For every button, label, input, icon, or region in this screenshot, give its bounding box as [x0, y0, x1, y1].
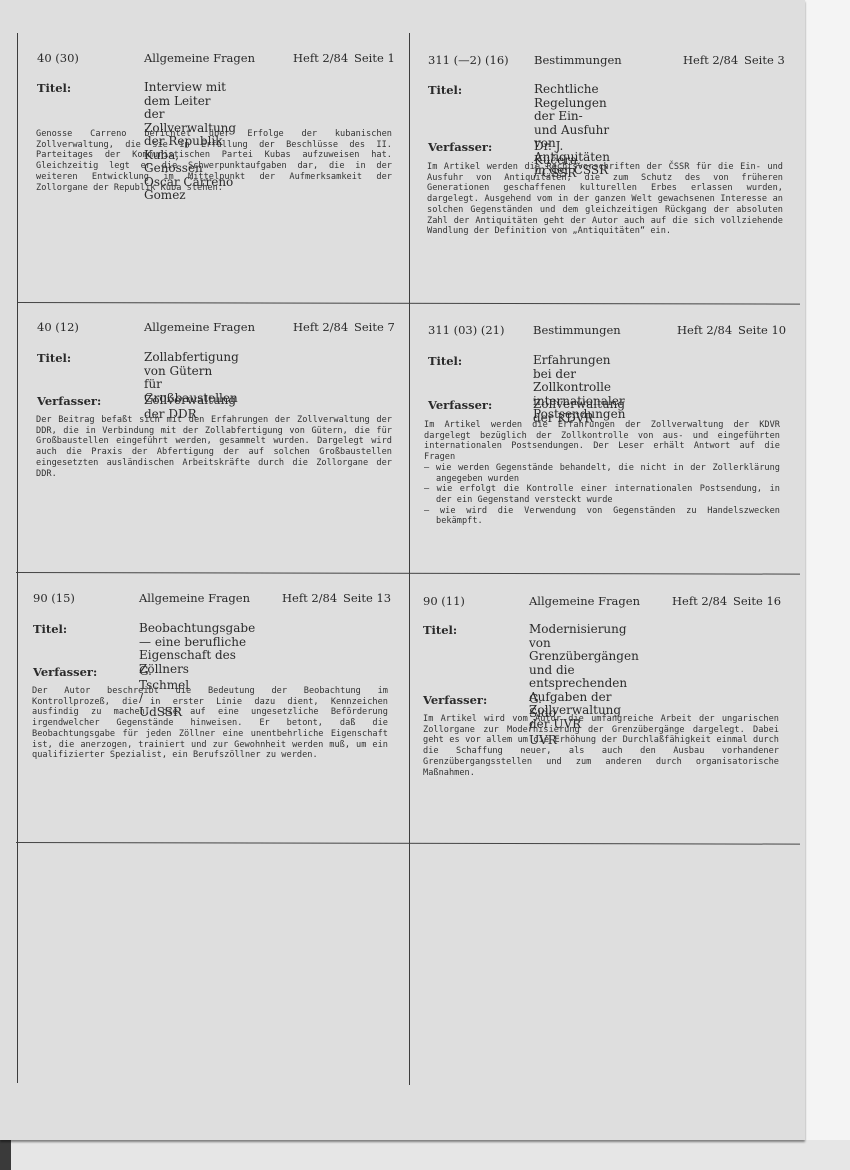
abstract-text: Genosse Carreno berichtet über Erfolge d…	[36, 129, 392, 193]
abstract-text: Im Artikel werden die Erfahrungen der Zo…	[424, 420, 780, 463]
author-label: Verfasser:	[423, 693, 487, 707]
issue-number: Heft 2/84	[683, 53, 738, 67]
row-divider-2	[16, 572, 800, 575]
section-name: Bestimmungen	[534, 53, 622, 67]
section-name: Allgemeine Fragen	[139, 591, 250, 605]
scanner-background	[805, 0, 850, 1170]
abstract-text: Der Autor beschreibt die Bedeutung der B…	[32, 686, 388, 761]
issue-number: Heft 2/84	[282, 591, 337, 605]
document-page: 40 (30) Allgemeine Fragen Heft 2/84 Seit…	[0, 0, 805, 1140]
issue-number: Heft 2/84	[293, 51, 348, 65]
scanner-edge-shadow	[0, 1140, 11, 1170]
classification-code: 90 (15)	[33, 591, 75, 605]
article-abstract: Im Artikel werden die Erfahrungen der Zo…	[424, 420, 780, 527]
abstract-bullet: — wie werden Gegenstände behandelt, die …	[424, 463, 780, 484]
left-border-line	[17, 33, 18, 1083]
article-abstract: Der Beitrag befaßt sich mit den Erfahrun…	[36, 415, 392, 479]
section-name: Allgemeine Fragen	[144, 320, 255, 334]
page-number: Seite 10	[738, 323, 786, 337]
article-abstract: Im Artikel wird vom Autor die umfangreic…	[423, 714, 779, 778]
scanner-background-bottom	[0, 1140, 850, 1170]
author-label: Verfasser:	[428, 140, 492, 154]
issue-number: Heft 2/84	[672, 594, 727, 608]
section-name: Allgemeine Fragen	[529, 594, 640, 608]
title-label: Titel:	[33, 622, 67, 636]
abstract-text: Der Beitrag befaßt sich mit den Erfahrun…	[36, 415, 392, 479]
abstract-text: Im Artikel wird vom Autor die umfangreic…	[423, 714, 779, 778]
title-label: Titel:	[37, 81, 71, 95]
abstract-bullet: — wie erfolgt die Kontrolle einer intern…	[424, 484, 780, 505]
page-number: Seite 13	[343, 591, 391, 605]
title-label: Titel:	[423, 623, 457, 637]
classification-code: 311 (—2) (16)	[428, 53, 509, 67]
page-number: Seite 16	[733, 594, 781, 608]
classification-code: 40 (30)	[37, 51, 79, 65]
row-divider-3	[16, 842, 800, 845]
article-abstract: Der Autor beschreibt die Bedeutung der B…	[32, 686, 388, 761]
title-label: Titel:	[428, 83, 462, 97]
article-abstract: Im Artikel werden die Rechtsvorschriften…	[427, 162, 783, 237]
abstract-text: Im Artikel werden die Rechtsvorschriften…	[427, 162, 783, 237]
author-label: Verfasser:	[37, 394, 101, 408]
page-number: Seite 1	[354, 51, 395, 65]
classification-code: 90 (11)	[423, 594, 465, 608]
author-label: Verfasser:	[428, 398, 492, 412]
author-label: Verfasser:	[33, 665, 97, 679]
issue-number: Heft 2/84	[293, 320, 348, 334]
abstract-bullet: — wie wird die Verwendung von Gegenständ…	[424, 506, 780, 527]
classification-code: 40 (12)	[37, 320, 79, 334]
page-number: Seite 3	[744, 53, 785, 67]
section-name: Bestimmungen	[533, 323, 621, 337]
page-number: Seite 7	[354, 320, 395, 334]
article-abstract: Genosse Carreno berichtet über Erfolge d…	[36, 129, 392, 193]
classification-code: 311 (03) (21)	[428, 323, 504, 337]
title-label: Titel:	[428, 354, 462, 368]
column-divider	[409, 33, 410, 1085]
issue-number: Heft 2/84	[677, 323, 732, 337]
section-name: Allgemeine Fragen	[144, 51, 255, 65]
title-label: Titel:	[37, 351, 71, 365]
